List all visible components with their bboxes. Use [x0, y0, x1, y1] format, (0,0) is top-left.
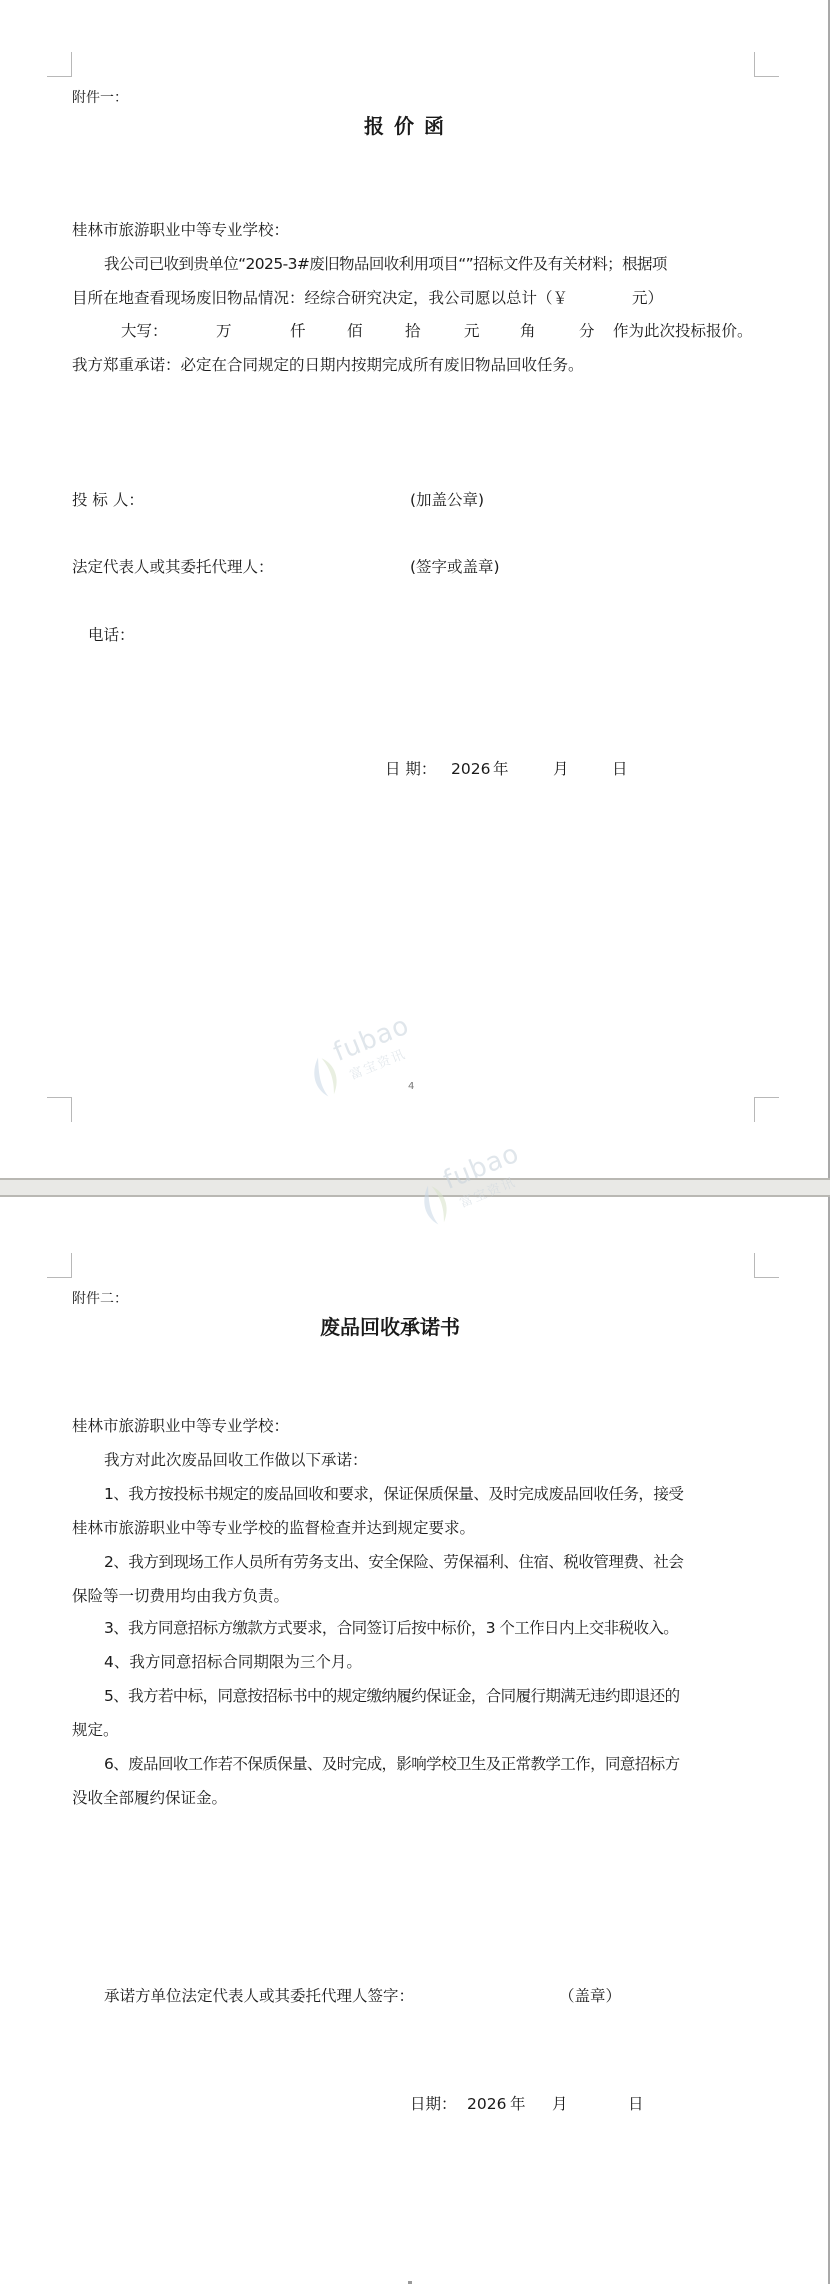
bidder-seal-note: (加盖公章)	[410, 490, 484, 510]
body-line-2-suffix: 元）	[632, 289, 663, 307]
date-year: 2026	[467, 2094, 506, 2114]
bidder-label: 投 标 人：	[72, 490, 144, 510]
corner-mark-bottom-left	[47, 1097, 72, 1122]
corner-mark-bottom-right	[754, 1097, 779, 1122]
commitment-item-2-cont: 保险等一切费用均由我方负责。	[72, 1586, 289, 1606]
commitment-line: 我方郑重承诺：必定在合同规定的日期内按期完成所有废旧物品回收任务。	[72, 355, 584, 375]
date-year-unit: 年	[493, 759, 509, 779]
page-recycling-commitment: 附件二： 废品回收承诺书 桂林市旅游职业中等专业学校： 我方对此次废品回收工作做…	[0, 1197, 828, 2284]
unit-shi: 拾	[405, 321, 421, 341]
watermark-text-cn: 富宝资讯	[346, 1043, 409, 1083]
watermark: fubao 富宝资讯	[298, 1012, 422, 1109]
corner-mark-top-right	[754, 52, 779, 77]
unit-bai: 佰	[347, 321, 363, 341]
page-separator	[0, 1178, 830, 1197]
corner-mark-top-left	[47, 1253, 72, 1278]
page-title: 废品回收承诺书	[320, 1317, 460, 1337]
attachment-label: 附件二：	[72, 1289, 128, 1309]
signature-seal-note: （盖章）	[559, 1986, 621, 2006]
commitment-item-6-cont: 没收全部履约保证金。	[72, 1788, 227, 1808]
commitment-item-2: 2、我方到现场工作人员所有劳务支出、安全保险、劳保福利、住宿、税收管理费、社会	[104, 1552, 683, 1572]
amount-words-suffix: 作为此次投标报价。	[613, 321, 753, 341]
unit-jiao: 角	[520, 321, 536, 341]
commitment-item-5: 5、我方若中标，同意按招标书中的规定缴纳履约保证金，合同履行期满无违约即退还的	[104, 1686, 679, 1706]
page-quotation-letter: 附件一： 报价函 桂林市旅游职业中等专业学校： 我公司已收到贵单位“2025-3…	[0, 0, 828, 1178]
representative-sign-note: (签字或盖章)	[410, 557, 500, 577]
amount-words-label: 大写：	[121, 321, 168, 341]
date-day-unit: 日	[628, 2094, 644, 2114]
corner-mark-top-right	[754, 1253, 779, 1278]
body-line-2-prefix: 目所在地查看现场废旧物品情况：经综合研究决定，我公司愿以总计（￥	[72, 289, 568, 307]
unit-fen: 分	[579, 321, 595, 341]
addressee: 桂林市旅游职业中等专业学校：	[72, 220, 289, 240]
corner-mark-top-left	[47, 52, 72, 77]
unit-qian: 仟	[290, 321, 306, 341]
date-day-unit: 日	[612, 759, 628, 779]
attachment-label: 附件一：	[72, 88, 128, 108]
body-line-2: 目所在地查看现场废旧物品情况：经综合研究决定，我公司愿以总计（￥元）	[72, 288, 663, 308]
watermark-leaf-icon	[302, 1049, 350, 1103]
commitment-item-5-cont: 规定。	[72, 1720, 119, 1740]
page-title: 报价函	[364, 116, 454, 136]
date-month-unit: 月	[552, 2094, 568, 2114]
intro-line: 我方对此次废品回收工作做以下承诺：	[104, 1450, 368, 1470]
signature-label: 承诺方单位法定代表人或其委托代理人签字：	[104, 1986, 414, 2006]
commitment-item-4: 4、我方同意招标合同期限为三个月。	[104, 1652, 362, 1672]
date-year-unit: 年	[510, 2094, 526, 2114]
commitment-item-3: 3、我方同意招标方缴款方式要求，合同签订后按中标价，3 个工作日内上交非税收入。	[104, 1618, 678, 1638]
watermark-text-en: fubao	[329, 1010, 413, 1067]
unit-wan: 万	[216, 321, 232, 341]
addressee: 桂林市旅游职业中等专业学校：	[72, 1416, 289, 1436]
date-label: 日期：	[410, 2094, 457, 2114]
date-year: 2026	[451, 759, 490, 779]
commitment-item-1: 1、我方按投标书规定的废品回收和要求，保证保质保量、及时完成废品回收任务，接受	[104, 1484, 683, 1504]
page-number: 4	[408, 1077, 414, 1097]
date-label: 日 期：	[385, 759, 436, 779]
commitment-item-1-cont: 桂林市旅游职业中等专业学校的监督检查并达到规定要求。	[72, 1518, 475, 1538]
commitment-item-6: 6、废品回收工作若不保质保量、及时完成，影响学校卫生及正常教学工作，同意招标方	[104, 1754, 679, 1774]
representative-label: 法定代表人或其委托代理人：	[72, 557, 274, 577]
unit-yuan: 元	[464, 321, 480, 341]
body-line-1: 我公司已收到贵单位“2025-3#废旧物品回收利用项目“”招标文件及有关材料；根…	[104, 254, 667, 274]
phone-label: 电话：	[88, 625, 135, 645]
date-month-unit: 月	[553, 759, 569, 779]
